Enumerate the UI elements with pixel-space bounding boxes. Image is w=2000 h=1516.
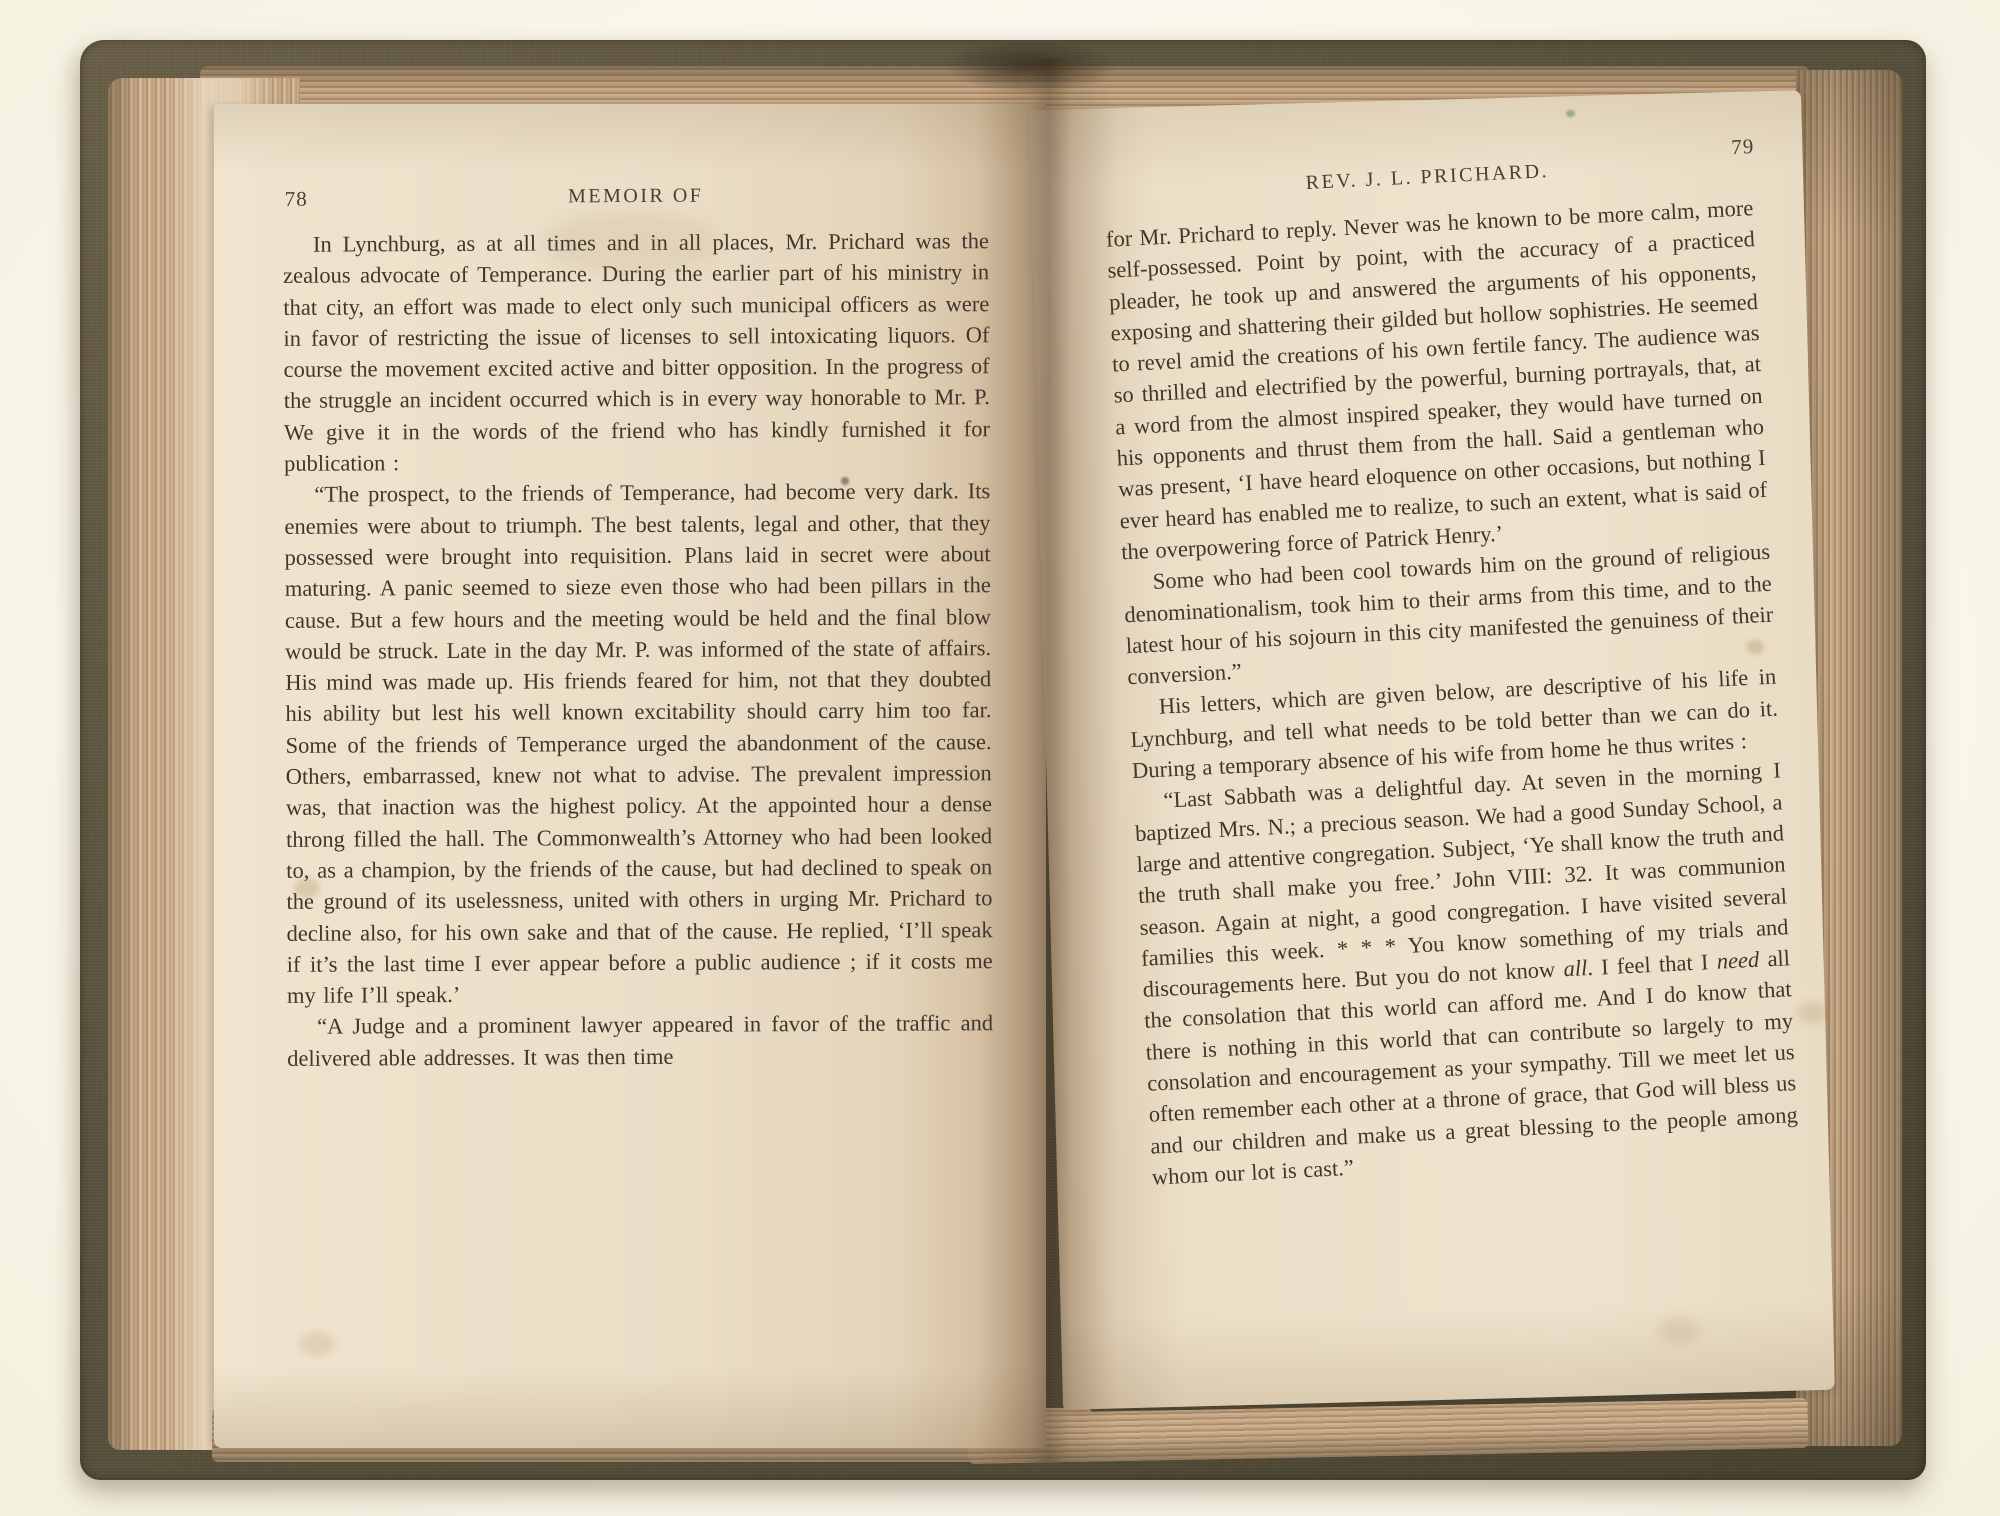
- paragraph: for Mr. Prichard to reply. Never was he …: [1105, 192, 1769, 568]
- page-left: 78 MEMOIR OF In Lynchburg, as at all tim…: [214, 104, 1046, 1448]
- page-right-header: REV. J. L. PRICHARD. 79: [1103, 150, 1752, 212]
- paragraph: “A Judge and a prominent lawyer appeared…: [287, 1008, 993, 1074]
- page-right-text: for Mr. Prichard to reply. Never was he …: [1105, 192, 1800, 1193]
- running-head-rev-prichard: REV. J. L. PRICHARD.: [1103, 150, 1751, 205]
- page-number-79: 79: [1731, 134, 1755, 160]
- paragraph: “Last Sabbath was a delightful day. At s…: [1133, 755, 1800, 1193]
- paragraph: Some who had been cool towards him on th…: [1122, 536, 1775, 693]
- paragraph: “The prospect, to the friends of Tempera…: [284, 476, 993, 1012]
- page-left-header: 78 MEMOIR OF: [283, 183, 989, 217]
- book-cover: 78 MEMOIR OF In Lynchburg, as at all tim…: [80, 40, 1926, 1480]
- page-number-78: 78: [285, 187, 308, 212]
- paragraph: His letters, which are given below, are …: [1128, 661, 1780, 786]
- spine-head-wear: [940, 42, 1120, 94]
- running-head-memoir-of: MEMOIR OF: [283, 183, 989, 210]
- paragraph: In Lynchburg, as at all times and in all…: [283, 225, 990, 479]
- photo-background: 78 MEMOIR OF In Lynchburg, as at all tim…: [0, 0, 2000, 1516]
- page-left-text: In Lynchburg, as at all times and in all…: [283, 225, 993, 1074]
- page-right: REV. J. L. PRICHARD. 79 for Mr. Prichard…: [1029, 90, 1835, 1410]
